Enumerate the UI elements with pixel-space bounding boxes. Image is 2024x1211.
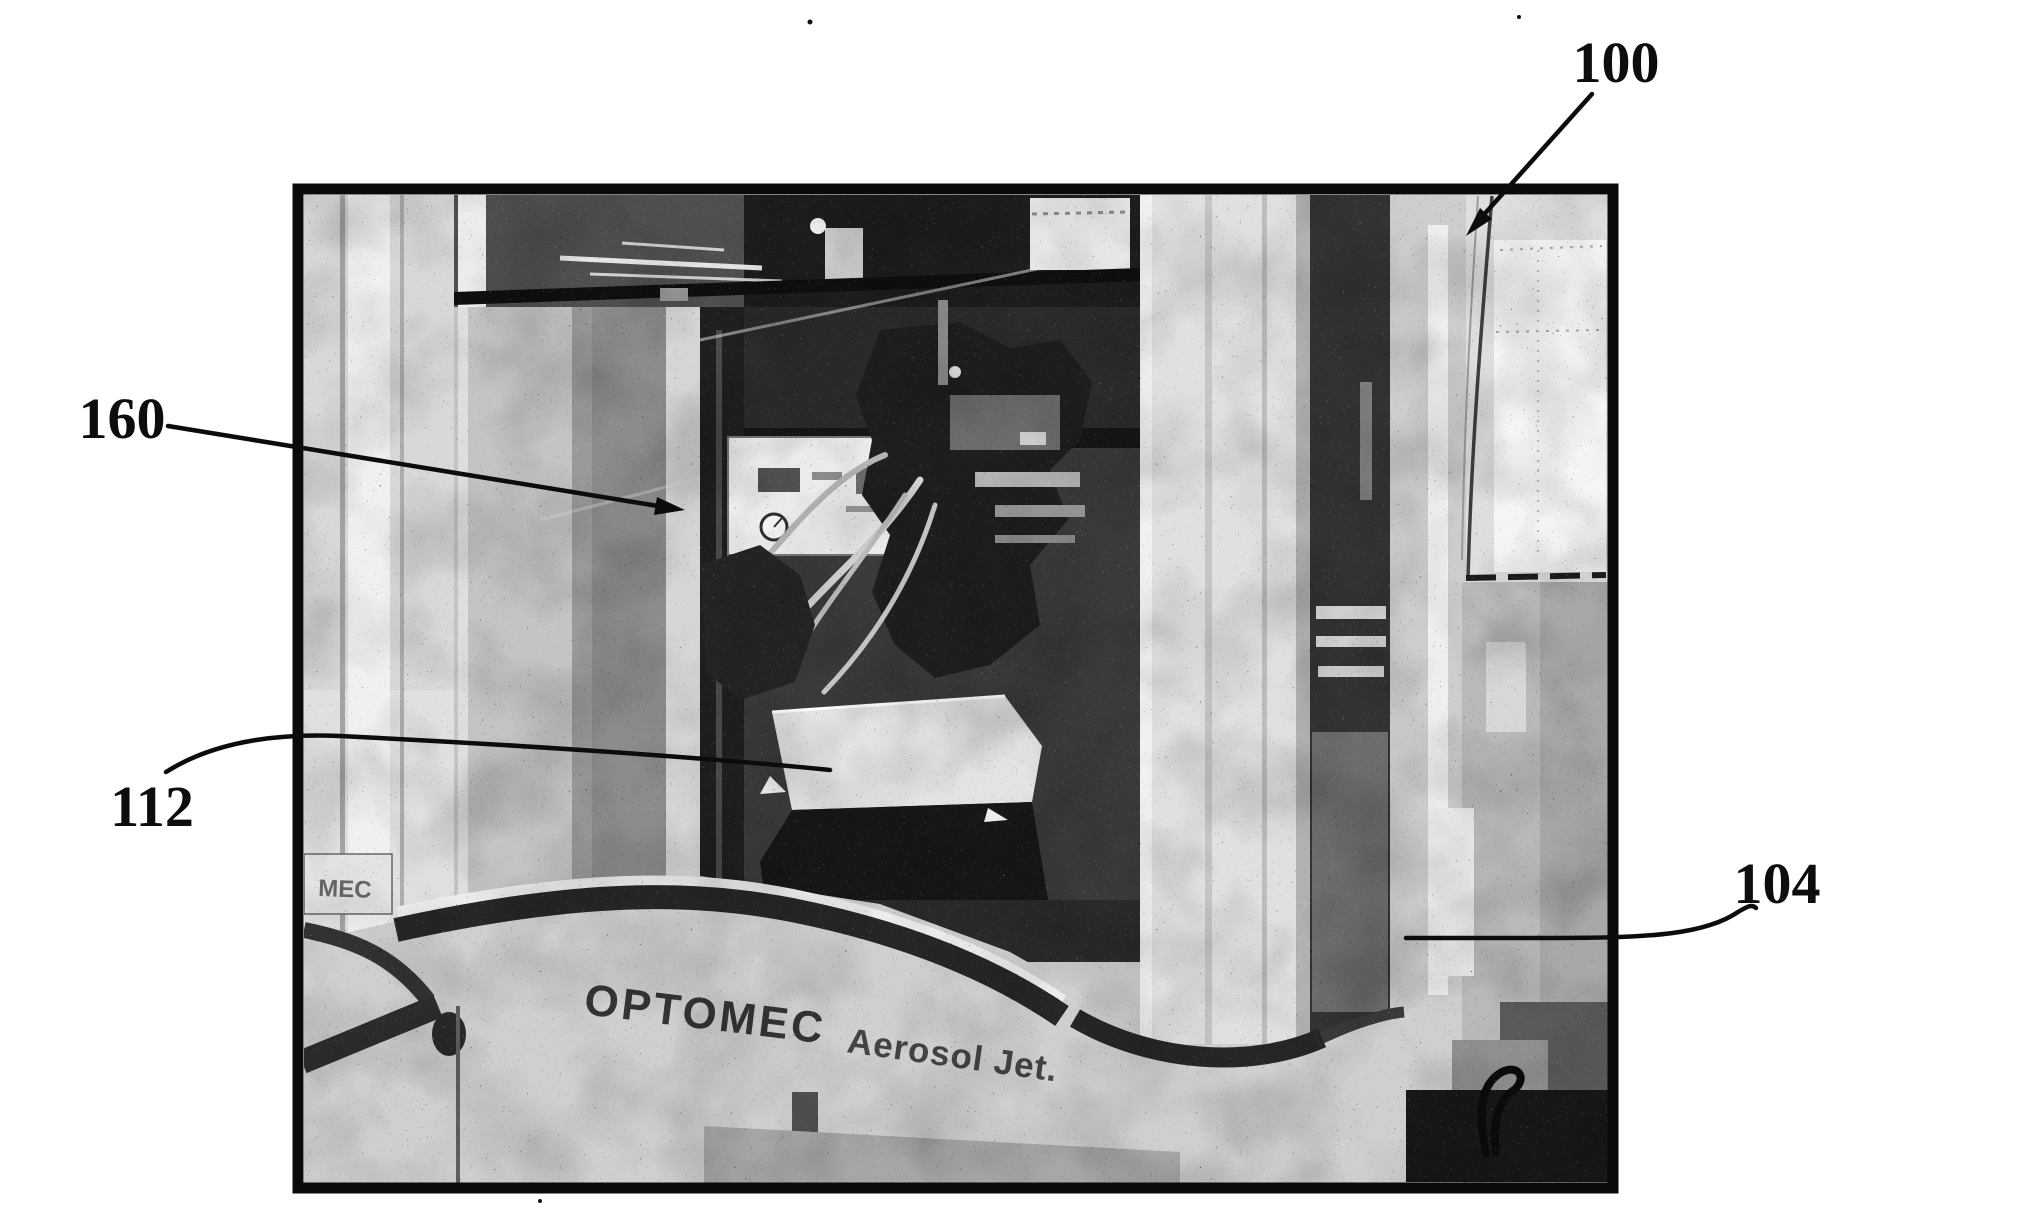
halftone-grain-overlay — [304, 195, 1608, 1183]
figure-canvas: OPTOMEC Aerosol Jet. MEC — [0, 0, 2024, 1211]
ref-label-160: 160 — [79, 386, 166, 451]
patent-figure-page: OPTOMEC Aerosol Jet. MEC — [0, 0, 2024, 1211]
machine-photo: OPTOMEC Aerosol Jet. MEC — [302, 195, 1608, 1183]
ref-label-112: 112 — [110, 774, 194, 839]
ref-label-100: 100 — [1573, 30, 1660, 95]
ref-label-104: 104 — [1734, 851, 1821, 916]
